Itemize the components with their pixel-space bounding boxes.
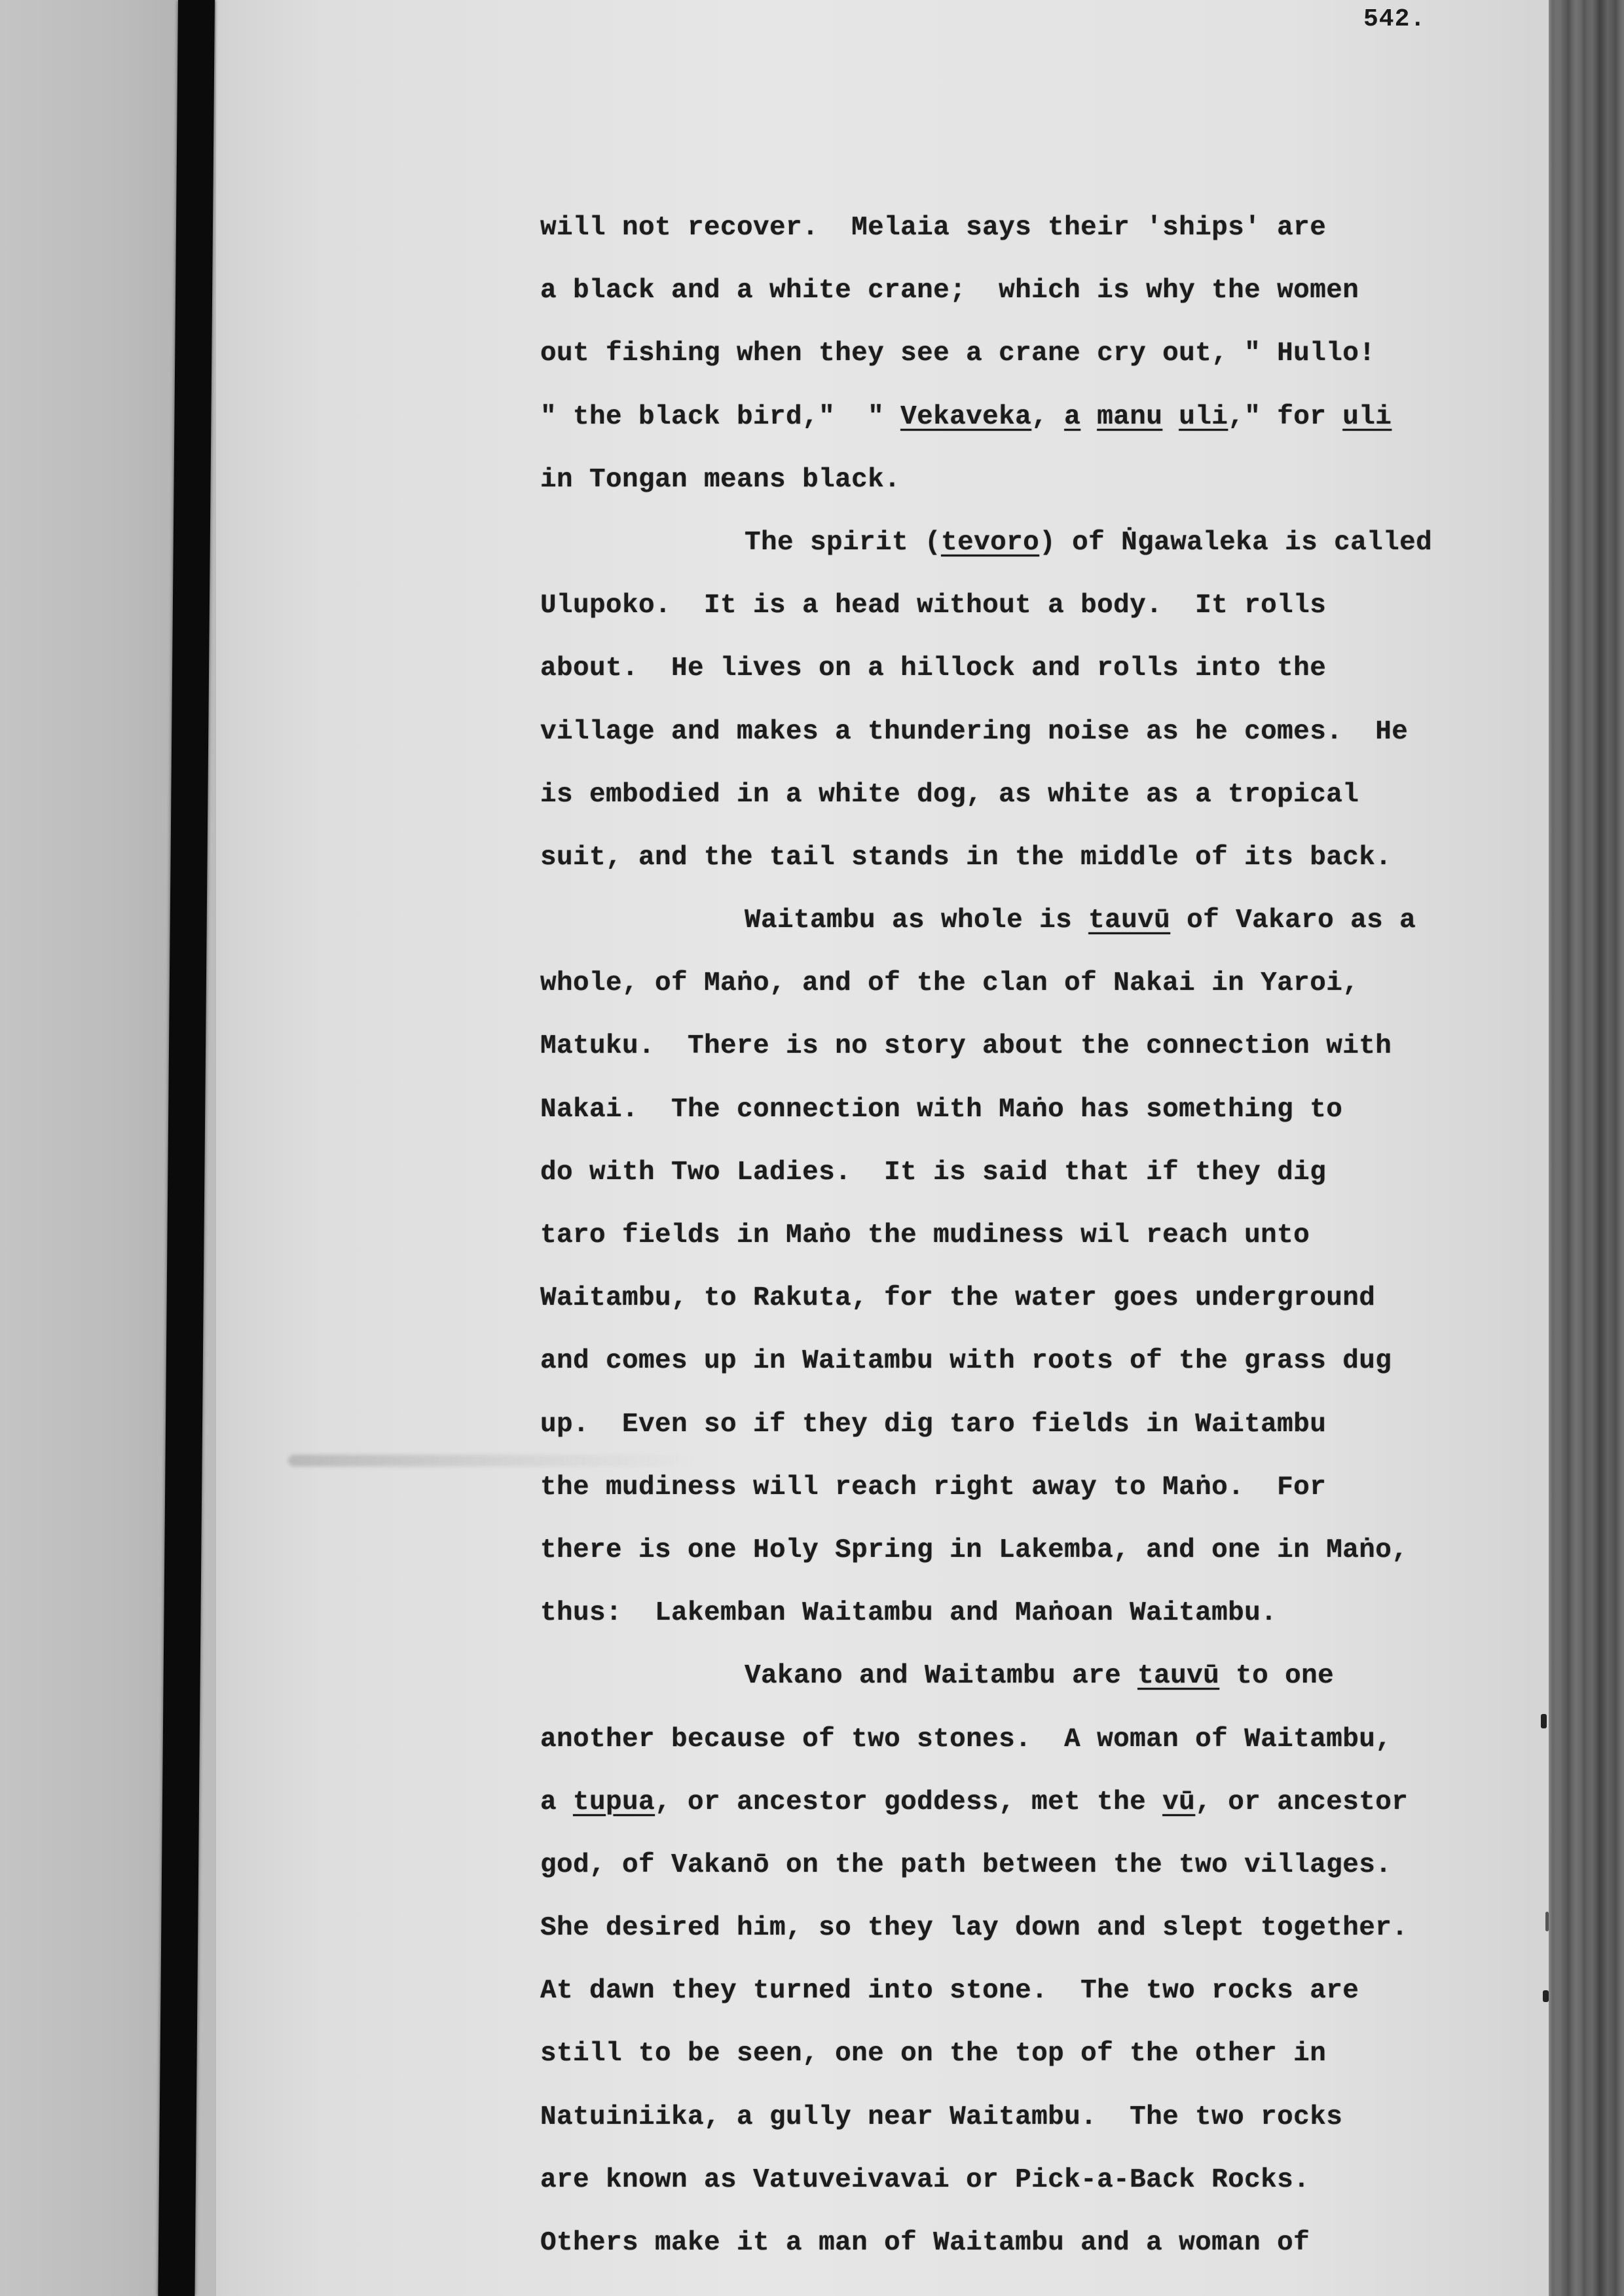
text-segment: suit, and the tail stands in the middle … xyxy=(540,843,1392,873)
underlined-term: vū xyxy=(1162,1787,1195,1817)
text-segment: Waitambu, to Rakuta, for the water goes … xyxy=(540,1283,1375,1313)
margin-mark xyxy=(1541,1714,1547,1728)
text-line: Natuiniika, a gully near Waitambu. The t… xyxy=(540,2098,1536,2160)
text-segment: ) of Ṅgawaleka is called xyxy=(1039,528,1432,558)
text-segment: thus: Lakemban Waitambu and Maṅoan Waita… xyxy=(540,1598,1277,1628)
text-segment: another because of two stones. A woman o… xyxy=(540,1724,1392,1755)
text-segment: god, of Vakanō on the path between the t… xyxy=(540,1850,1392,1880)
underlined-term: manu xyxy=(1097,402,1162,432)
text-segment: Ulupoko. It is a head without a body. It… xyxy=(540,591,1326,621)
text-line: are known as Vatuveivavai or Pick-a-Back… xyxy=(540,2160,1536,2223)
underlined-term: tupua xyxy=(573,1787,655,1817)
text-segment: village and makes a thundering noise as … xyxy=(540,717,1408,747)
text-segment: Matuku. There is no story about the conn… xyxy=(540,1031,1392,1061)
text-segment: about. He lives on a hillock and rolls i… xyxy=(540,653,1326,683)
text-segment: Vakano and Waitambu are xyxy=(745,1661,1137,1691)
text-line: She desired him, so they lay down and sl… xyxy=(540,1908,1536,1971)
text-segment: there is one Holy Spring in Lakemba, and… xyxy=(540,1535,1408,1565)
text-segment: , or ancestor goddess, met the xyxy=(655,1787,1162,1817)
text-line: a tupua, or ancestor goddess, met the vū… xyxy=(540,1783,1536,1846)
text-segment: whole, of Maṅo, and of the clan of Nakai… xyxy=(540,968,1359,998)
text-segment: of Vakaro as a xyxy=(1170,905,1416,936)
text-line: " the black bird," " Vekaveka, a manu ul… xyxy=(540,397,1536,460)
text-segment: in Tongan means black. xyxy=(540,465,900,495)
text-segment: ," for xyxy=(1228,402,1342,432)
text-segment: still to be seen, one on the top of the … xyxy=(540,2039,1326,2069)
text-line: Matuku. There is no story about the conn… xyxy=(540,1027,1536,1089)
underlined-term: Vekaveka xyxy=(900,402,1031,432)
text-line: up. Even so if they dig taro fields in W… xyxy=(540,1405,1536,1468)
underlined-term: a xyxy=(1064,402,1080,432)
text-line: god, of Vakanō on the path between the t… xyxy=(540,1846,1536,1908)
text-segment: Nakai. The connection with Maṅo has some… xyxy=(540,1095,1342,1125)
text-line: thus: Lakemban Waitambu and Maṅoan Waita… xyxy=(540,1594,1536,1656)
text-segment xyxy=(1080,402,1097,432)
text-line: The spirit (tevoro) of Ṅgawaleka is call… xyxy=(540,523,1536,586)
page-edge-binding-shadow xyxy=(1549,0,1624,2296)
text-segment: , or ancestor xyxy=(1195,1787,1408,1817)
text-segment: a xyxy=(540,1787,573,1817)
text-segment: a black and a white crane; which is why … xyxy=(540,276,1359,306)
text-line: Others make it a man of Waitambu and a w… xyxy=(540,2223,1536,2286)
text-segment: to one xyxy=(1219,1661,1334,1691)
text-line: Ulupoko. It is a head without a body. It… xyxy=(540,586,1536,649)
underlined-term: uli xyxy=(1342,402,1392,432)
text-segment: do with Two Ladies. It is said that if t… xyxy=(540,1157,1326,1188)
text-line: out fishing when they see a crane cry ou… xyxy=(540,334,1536,397)
text-line: Nakai. The connection with Maṅo has some… xyxy=(540,1090,1536,1153)
text-line: a black and a white crane; which is why … xyxy=(540,271,1536,334)
text-segment: the mudiness will reach right away to Ma… xyxy=(540,1472,1326,1503)
text-line: is embodied in a white dog, as white as … xyxy=(540,775,1536,838)
text-segment: Waitambu as whole is xyxy=(745,905,1088,936)
underlined-term: tevoro xyxy=(941,528,1039,558)
page-number: 542. xyxy=(1363,5,1426,33)
text-segment: are known as Vatuveivavai or Pick-a-Back… xyxy=(540,2165,1310,2195)
text-line: do with Two Ladies. It is said that if t… xyxy=(540,1153,1536,1216)
text-line: taro fields in Maṅo the mudiness wil rea… xyxy=(540,1216,1536,1279)
text-line: about. He lives on a hillock and rolls i… xyxy=(540,649,1536,712)
text-line: will not recover. Melaia says their 'shi… xyxy=(540,208,1536,271)
text-segment: is embodied in a white dog, as white as … xyxy=(540,780,1359,810)
text-segment: taro fields in Maṅo the mudiness wil rea… xyxy=(540,1220,1310,1250)
underlined-term: uli xyxy=(1179,402,1228,432)
text-segment: Natuiniika, a gully near Waitambu. The t… xyxy=(540,2102,1342,2132)
text-segment: , xyxy=(1031,402,1064,432)
text-segment: At dawn they turned into stone. The two … xyxy=(540,1976,1359,2006)
margin-mark xyxy=(1543,1990,1549,2002)
text-line: whole, of Maṅo, and of the clan of Nakai… xyxy=(540,964,1536,1027)
text-line: village and makes a thundering noise as … xyxy=(540,712,1536,775)
text-line: still to be seen, one on the top of the … xyxy=(540,2034,1536,2097)
text-line: the mudiness will reach right away to Ma… xyxy=(540,1468,1536,1531)
text-segment: Others make it a man of Waitambu and a w… xyxy=(540,2228,1310,2258)
text-line: another because of two stones. A woman o… xyxy=(540,1720,1536,1783)
text-segment xyxy=(1162,402,1179,432)
margin-mark xyxy=(1545,1912,1549,1931)
text-line: Waitambu, to Rakuta, for the water goes … xyxy=(540,1279,1536,1341)
scanned-page: 542. will not recover. Melaia says their… xyxy=(0,0,1624,2296)
text-line: and comes up in Waitambu with roots of t… xyxy=(540,1341,1536,1404)
text-segment: The spirit ( xyxy=(745,528,941,558)
typescript-body: will not recover. Melaia says their 'shi… xyxy=(540,208,1536,2286)
text-segment: She desired him, so they lay down and sl… xyxy=(540,1913,1408,1943)
text-line: Vakano and Waitambu are tauvū to one xyxy=(540,1656,1536,1719)
text-line: in Tongan means black. xyxy=(540,460,1536,523)
underlined-term: tauvū xyxy=(1137,1661,1219,1691)
text-line: suit, and the tail stands in the middle … xyxy=(540,838,1536,901)
text-segment: will not recover. Melaia says their 'shi… xyxy=(540,213,1326,243)
text-segment: " the black bird," " xyxy=(540,402,900,432)
text-segment: and comes up in Waitambu with roots of t… xyxy=(540,1346,1392,1376)
text-line: there is one Holy Spring in Lakemba, and… xyxy=(540,1531,1536,1594)
text-line: Waitambu as whole is tauvū of Vakaro as … xyxy=(540,901,1536,964)
underlined-term: tauvū xyxy=(1088,905,1170,936)
text-segment: out fishing when they see a crane cry ou… xyxy=(540,338,1375,369)
text-line: At dawn they turned into stone. The two … xyxy=(540,1971,1536,2034)
text-segment: up. Even so if they dig taro fields in W… xyxy=(540,1410,1326,1440)
scan-background-left xyxy=(0,0,180,2296)
